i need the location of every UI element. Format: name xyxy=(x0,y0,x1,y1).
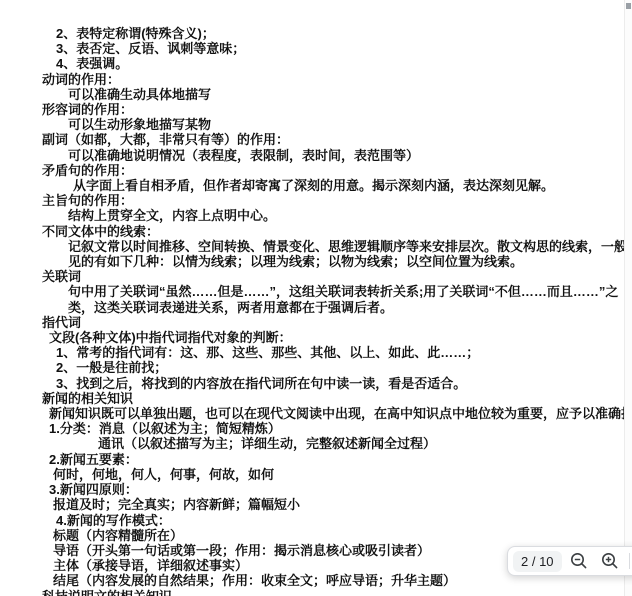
page-indicator[interactable]: 2 / 10 xyxy=(513,551,562,572)
doc-heading: 形容词的作用： xyxy=(0,102,632,117)
magnifier-plus-icon xyxy=(600,551,620,571)
doc-heading: 文段(各种文体)中指代词指代对象的判断： xyxy=(0,330,632,345)
doc-line: 3、找到之后，将找到的内容放在指代词所在句中读一读，看是否适合。 xyxy=(0,376,632,391)
doc-line: 何时，何地，何人，何事，何故，如何 xyxy=(0,467,632,482)
doc-line: 4、表强调。 xyxy=(0,56,632,71)
doc-line: 可以准确地说明情况（表程度，表限制，表时间，表范围等） xyxy=(0,148,632,163)
doc-heading: 副词（如都，大都，非常只有等）的作用： xyxy=(0,132,632,147)
zoom-out-button[interactable] xyxy=(565,548,593,574)
doc-heading: 1.分类：消息（以叙述为主；简短精炼） xyxy=(0,421,632,436)
doc-line: 2、表特定称谓(特殊含义)； xyxy=(0,26,632,41)
doc-heading: 4.新闻的写作模式： xyxy=(0,513,632,528)
doc-line: 记叙文常以时间推移、空间转换、情景变化、思维逻辑顺序等来安排层次。散文构思的线索… xyxy=(0,239,632,254)
doc-line: 3、表否定、反语、讽刺等意味； xyxy=(0,41,632,56)
doc-heading: 科技说明文的相关知识 xyxy=(0,589,632,596)
doc-heading: 关联词 xyxy=(0,269,632,284)
doc-line: 通讯（以叙述描写为主；详细生动，完整叙述新闻全过程） xyxy=(0,436,632,451)
zoom-in-button[interactable] xyxy=(596,548,624,574)
doc-heading: 矛盾句的作用： xyxy=(0,163,632,178)
doc-line: 句中用了关联词“虽然……但是……”，这组关联词表转折关系;用了关联词“不但……而… xyxy=(0,284,632,299)
scrollbar-track[interactable] xyxy=(624,0,632,596)
doc-heading: 主旨句的作用： xyxy=(0,193,632,208)
doc-line: 见的有如下几种：以情为线索；以理为线索；以物为线索；以空间位置为线索。 xyxy=(0,254,632,269)
doc-heading: 2.新闻五要素： xyxy=(0,452,632,467)
magnifier-minus-icon xyxy=(569,551,589,571)
doc-line: 标题（内容精髓所在） xyxy=(0,528,632,543)
doc-line: 从字面上看自相矛盾，但作者却寄寓了深刻的用意。揭示深刻内涵，表达深刻见解。 xyxy=(0,178,632,193)
scrollbar-thumb[interactable] xyxy=(626,3,631,9)
doc-heading: 3.新闻四原则： xyxy=(0,482,632,497)
doc-heading: 动词的作用： xyxy=(0,72,632,87)
doc-line: 新闻知识既可以单独出题，也可以在现代文阅读中出现，在高中知识点中地位较为重要，应… xyxy=(0,406,632,421)
page-toolbar: 2 / 10 xyxy=(507,546,632,576)
toolbar-divider xyxy=(629,553,630,569)
doc-line: 可以准确生动具体地描写 xyxy=(0,87,632,102)
doc-line: 可以生动形象地描写某物 xyxy=(0,117,632,132)
doc-heading: 指代词 xyxy=(0,315,632,330)
document-page: 2、表特定称谓(特殊含义)；3、表否定、反语、讽刺等意味；4、表强调。动词的作用… xyxy=(0,26,632,596)
document-viewer: 2、表特定称谓(特殊含义)；3、表否定、反语、讽刺等意味；4、表强调。动词的作用… xyxy=(0,0,632,596)
doc-line: 类，这类关联词表递进关系，两者用意都在于强调后者。 xyxy=(0,300,632,315)
doc-line: 结构上贯穿全文，内容上点明中心。 xyxy=(0,208,632,223)
doc-line: 1、常考的指代词有：这、那、这些、那些、其他、以上、如此、此……； xyxy=(0,345,632,360)
doc-line: 2、一般是往前找； xyxy=(0,360,632,375)
doc-heading: 新闻的相关知识 xyxy=(0,391,632,406)
doc-line: 报道及时；完全真实；内容新鲜；篇幅短小 xyxy=(0,497,632,512)
doc-heading: 不同文体中的线索： xyxy=(0,224,632,239)
